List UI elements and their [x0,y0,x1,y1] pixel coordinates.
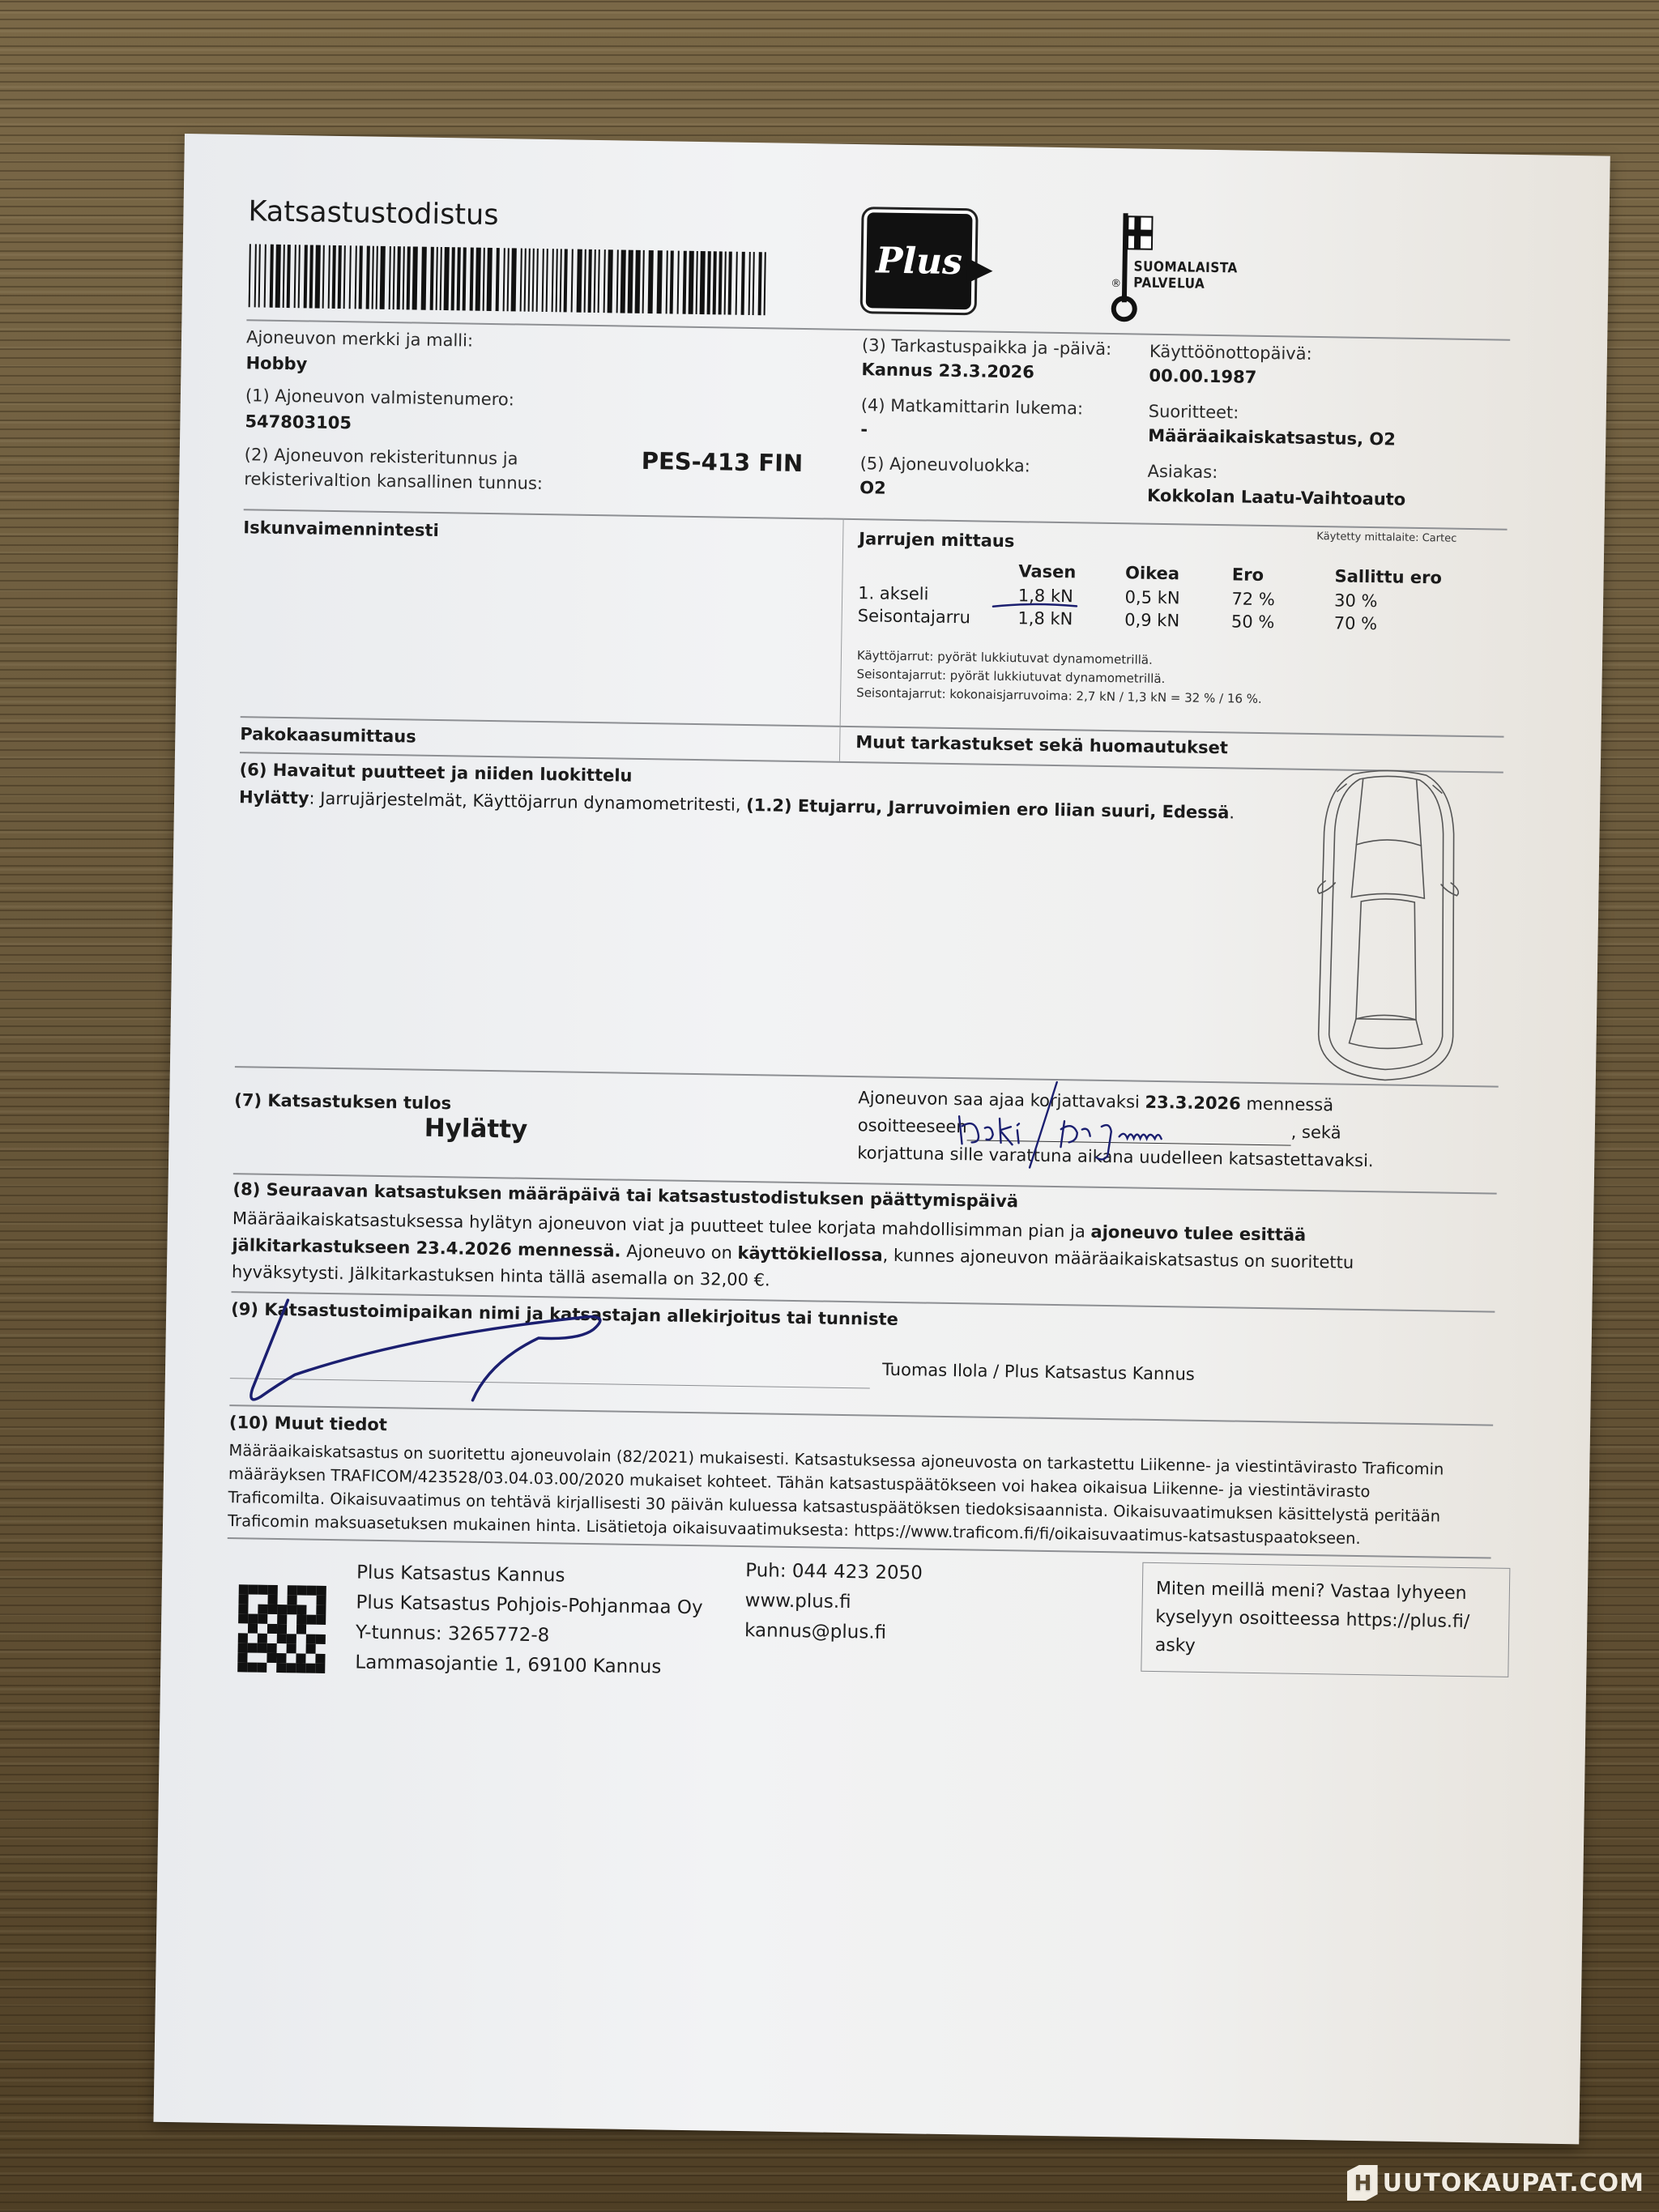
contact-line: Puh: 044 423 2050 [745,1556,923,1588]
commissioning-value: 00.00.1987 [1149,366,1256,387]
barcode [249,244,769,315]
brake-col-header: Sallittu ero [1334,566,1449,590]
survey-line: kyselyyn osoitteessa https://plus.fi/ [1155,1603,1495,1637]
inspector-name: Tuomas Ilola / Plus Katsastus Kannus [882,1360,1195,1384]
make-model-value: Hobby [245,353,307,373]
registration-plate: PES-413 FIN [641,447,803,477]
defects-text: Hylätty: Jarrujärjestelmät, Käyttöjarrun… [239,787,1235,822]
reg-label-line1: (2) Ajoneuvon rekisteritunnus ja [245,445,518,468]
place-date-value: Kannus 23.3.2026 [861,360,1034,381]
inspector-signature [229,1293,652,1413]
result-value: Hylätty [424,1114,527,1144]
car-top-view-diagram [1308,767,1467,1085]
next-inspection-text: Määräaikaiskatsastuksessa hylätyn ajoneu… [232,1205,1496,1305]
shock-test-heading: Iskunvaimennintesti [243,518,439,540]
document-title: Katsastustodistus [248,195,499,232]
handwritten-address [942,1077,1284,1180]
contact-line: kannus@plus.fi [744,1616,922,1648]
measuring-device: Käytetty mittalaite: Cartec [1316,531,1456,545]
other-checks-heading: Muut tarkastukset sekä huomautukset [855,732,1228,757]
huutokaupat-watermark: UUTOKAUPAT.COM [1347,2165,1644,2201]
feedback-survey-box: Miten meillä meni? Vastaa lyhyeenkyselyy… [1141,1562,1510,1677]
place-date-label: (3) Tarkastuspaikka ja -päivä: [862,335,1112,359]
handwritten-underline [992,600,1081,612]
survey-line: asky [1155,1631,1495,1665]
brake-col-header: Ero [1232,565,1335,589]
plus-logo: Plus [863,209,976,313]
result-heading: (7) Katsastuksen tulos [234,1090,451,1113]
vin-label: (1) Ajoneuvon valmistenumero: [245,386,514,409]
brake-col-header [858,559,1018,584]
huutokaupat-logo-icon [1347,2165,1378,2201]
defect-status: Hylätty [239,787,309,808]
brake-notes: Käyttöjarrut: pyörät lukkiutuvat dynamom… [856,646,1263,709]
vehicle-class-label: (5) Ajoneuvoluokka: [860,454,1031,475]
reg-label-line2: rekisterivaltion kansallinen tunnus: [244,469,543,493]
customer-label: Asiakas: [1147,462,1218,482]
exhaust-heading: Pakokaasumittaus [240,724,416,746]
odometer-label: (4) Matkamittarin lukema: [861,395,1084,418]
company-line: Lammasojantie 1, 69100 Kannus [355,1648,702,1684]
brake-col-header: Oikea [1125,563,1232,587]
brake-measurement-table: VasenOikeaEroSallittu ero 1. akseli1,8 k… [858,559,1450,636]
defects-heading: (6) Havaitut puutteet ja niiden luokitte… [239,760,632,786]
odometer-value: - [860,420,868,439]
brakes-heading: Jarrujen mittaus [859,529,1014,551]
brake-col-header: Vasen [1018,561,1125,586]
make-model-label: Ajoneuvon merkki ja malli: [246,327,473,350]
other-info-heading: (10) Muut tiedot [229,1413,387,1434]
contact-line: www.plus.fi [744,1586,922,1618]
company-info: Plus Katsastus KannusPlus Katsastus Pohj… [355,1558,703,1684]
inspection-certificate: Katsastustodistus Plus ® SUOMALAISTA PAL… [153,134,1610,2144]
vehicle-class-value: O2 [859,478,886,498]
other-info-text: Määräaikaiskatsastus on suoritettu ajone… [228,1438,1509,1553]
services-label: Suoritteet: [1149,402,1239,423]
vin-value: 547803105 [245,411,352,433]
commissioning-label: Käyttöönottopäivä: [1149,342,1312,364]
contact-info: Puh: 044 423 2050www.plus.fikannus@plus.… [744,1556,923,1648]
qr-code [237,1584,326,1673]
services-value: Määräaikaiskatsastus, O2 [1148,426,1396,450]
customer-value: Kokkolan Laatu-Vaihtoauto [1147,486,1405,509]
suomalaista-palvelua-key-logo: ® SUOMALAISTA PALVELUA [1105,210,1244,326]
